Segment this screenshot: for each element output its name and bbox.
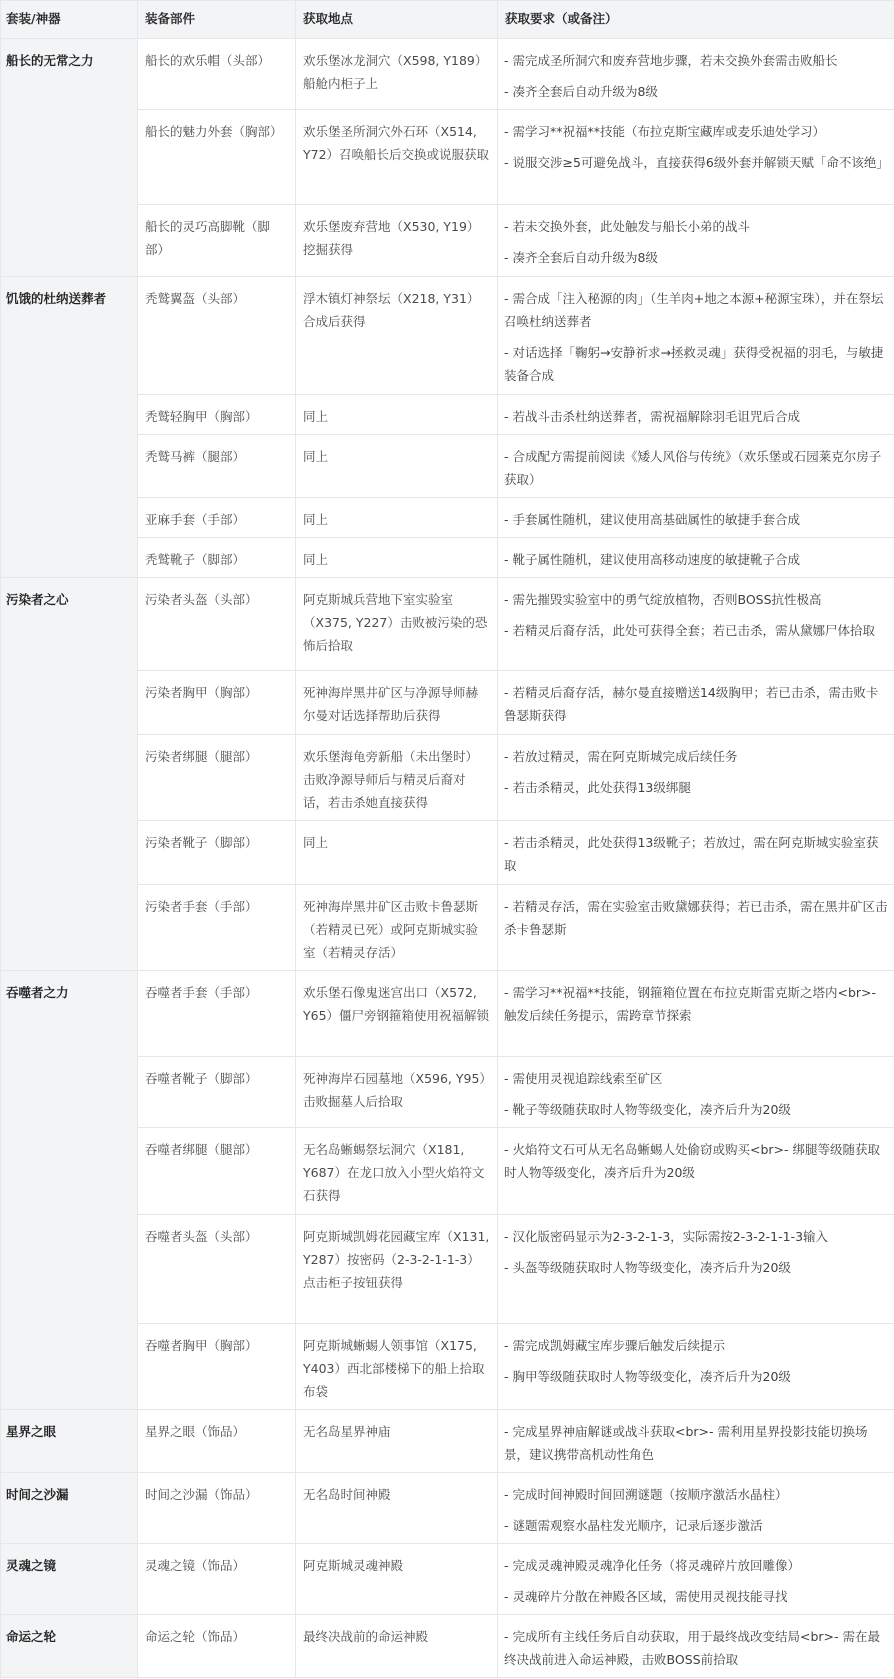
note-line: - 完成星界神庙解谜或战斗获取<br>- 需利用星界投影技能切换场景，建议携带高… (504, 1420, 890, 1466)
note-line: - 汉化版密码显示为2-3-2-1-3，实际需按2-3-2-1-1-3输入 (504, 1225, 890, 1248)
note-line: - 对话选择「鞠躬→安静祈求→拯救灵魂」获得受祝福的羽毛，与敏捷装备合成 (504, 341, 890, 387)
acquire-location: 欢乐堡废弃营地（X530, Y19）挖掘获得 (296, 205, 498, 277)
header-piece: 装备部件 (138, 1, 296, 39)
acquire-requirements: - 若放过精灵，需在阿克斯城完成后续任务- 若击杀精灵，此处获得13级绑腿 (498, 735, 894, 821)
equipment-piece: 亚麻手套（手部） (138, 498, 296, 538)
note-line: - 若未交换外套，此处触发与船长小弟的战斗 (504, 215, 890, 238)
equipment-piece: 秃鹫靴子（脚部） (138, 538, 296, 578)
equipment-piece: 污染者靴子（脚部） (138, 821, 296, 885)
acquire-requirements: - 火焰符文石可从无名岛蜥蜴人处偷窃或购买<br>- 绑腿等级随获取时人物等级变… (498, 1128, 894, 1215)
acquire-location: 无名岛时间神殿 (296, 1473, 498, 1544)
acquire-location: 无名岛星界神庙 (296, 1410, 498, 1473)
acquire-requirements: - 需学习**祝福**技能（布拉克斯宝藏库或麦乐迪处学习）- 说服交涉≥5可避免… (498, 110, 894, 205)
equipment-piece: 污染者绑腿（腿部） (138, 735, 296, 821)
equipment-piece: 污染者头盔（头部） (138, 578, 296, 671)
note-line: - 靴子属性随机，建议使用高移动速度的敏捷靴子合成 (504, 548, 890, 571)
acquire-requirements: - 若精灵存活，需在实验室击败黛娜获得；若已击杀，需在黑井矿区击杀卡鲁瑟斯 (498, 885, 894, 971)
acquire-requirements: - 合成配方需提前阅读《矮人风俗与传统》（欢乐堡或石园莱克尔房子获取） (498, 435, 894, 498)
acquire-location: 同上 (296, 498, 498, 538)
note-line: - 需先摧毁实验室中的勇气绽放植物，否则BOSS抗性极高 (504, 588, 890, 611)
acquire-location: 欢乐堡冰龙洞穴（X598, Y189）船舱内柜子上 (296, 39, 498, 110)
set-name: 命运之轮 (1, 1615, 138, 1678)
equipment-piece: 船长的欢乐帽（头部） (138, 39, 296, 110)
acquire-requirements: - 若精灵后裔存活，赫尔曼直接赠送14级胸甲；若已击杀，需击败卡鲁瑟斯获得 (498, 671, 894, 735)
table-row: 污染者之心污染者头盔（头部）阿克斯城兵营地下室实验室（X375, Y227）击败… (1, 578, 894, 671)
acquire-location: 死神海岸黑井矿区与净源导师赫尔曼对话选择帮助后获得 (296, 671, 498, 735)
set-name: 灵魂之镜 (1, 1544, 138, 1615)
equipment-piece: 船长的魅力外套（胸部） (138, 110, 296, 205)
equipment-piece: 污染者手套（手部） (138, 885, 296, 971)
note-line: - 若精灵存活，需在实验室击败黛娜获得；若已击杀，需在黑井矿区击杀卡鲁瑟斯 (504, 895, 890, 941)
note-line: - 凑齐全套后自动升级为8级 (504, 246, 890, 269)
acquire-requirements: - 需先摧毁实验室中的勇气绽放植物，否则BOSS抗性极高- 若精灵后裔存活，此处… (498, 578, 894, 671)
acquire-requirements: - 汉化版密码显示为2-3-2-1-3，实际需按2-3-2-1-1-3输入- 头… (498, 1215, 894, 1324)
note-line: - 需完成凯姆藏宝库步骤后触发后续提示 (504, 1334, 890, 1357)
acquire-requirements: - 需完成凯姆藏宝库步骤后触发后续提示- 胸甲等级随获取时人物等级变化，凑齐后升… (498, 1324, 894, 1410)
equipment-piece: 吞噬者胸甲（胸部） (138, 1324, 296, 1410)
equipment-table: 套装/神器 装备部件 获取地点 获取要求（或备注） 船长的无常之力船长的欢乐帽（… (0, 0, 894, 1678)
header-set: 套装/神器 (1, 1, 138, 39)
acquire-requirements: - 靴子属性随机，建议使用高移动速度的敏捷靴子合成 (498, 538, 894, 578)
acquire-location: 死神海岸石园墓地（X596, Y95）击败掘墓人后拾取 (296, 1057, 498, 1128)
note-line: - 完成所有主线任务后自动获取，用于最终战改变结局<br>- 需在最终决战前进入… (504, 1625, 890, 1671)
table-row: 灵魂之镜灵魂之镜（饰品）阿克斯城灵魂神殿- 完成灵魂神殿灵魂净化任务（将灵魂碎片… (1, 1544, 894, 1615)
table-row: 船长的无常之力船长的欢乐帽（头部）欢乐堡冰龙洞穴（X598, Y189）船舱内柜… (1, 39, 894, 110)
table-row: 饥饿的杜纳送葬者秃鹫翼盔（头部）浮木镇灯神祭坛（X218, Y31）合成后获得-… (1, 277, 894, 395)
table-row: 吞噬者之力吞噬者手套（手部）欢乐堡石像鬼迷宫出口（X572, Y65）僵尸旁钢箍… (1, 971, 894, 1057)
note-line: - 火焰符文石可从无名岛蜥蜴人处偷窃或购买<br>- 绑腿等级随获取时人物等级变… (504, 1138, 890, 1184)
acquire-requirements: - 完成灵魂神殿灵魂净化任务（将灵魂碎片放回雕像）- 灵魂碎片分散在神殿各区域，… (498, 1544, 894, 1615)
set-name: 船长的无常之力 (1, 39, 138, 277)
acquire-location: 阿克斯城凯姆花园藏宝库（X131, Y287）按密码（2-3-2-1-1-3）点… (296, 1215, 498, 1324)
note-line: - 完成时间神殿时间回溯谜题（按顺序激活水晶柱） (504, 1483, 890, 1506)
header-requirements: 获取要求（或备注） (498, 1, 894, 39)
acquire-requirements: - 需学习**祝福**技能，钢箍箱位置在布拉克斯雷克斯之塔内<br>- 触发后续… (498, 971, 894, 1057)
equipment-piece: 秃鹫马裤（腿部） (138, 435, 296, 498)
equipment-piece: 吞噬者头盔（头部） (138, 1215, 296, 1324)
note-line: - 完成灵魂神殿灵魂净化任务（将灵魂碎片放回雕像） (504, 1554, 890, 1577)
acquire-location: 欢乐堡海龟旁新船（未出堡时）击败净源导师后与精灵后裔对话，若击杀她直接获得 (296, 735, 498, 821)
note-line: - 需合成「注入秘源的肉」（生羊肉+地之本源+秘源宝珠），并在祭坛召唤杜纳送葬者 (504, 287, 890, 333)
acquire-requirements: - 完成所有主线任务后自动获取，用于最终战改变结局<br>- 需在最终决战前进入… (498, 1615, 894, 1678)
set-name: 吞噬者之力 (1, 971, 138, 1410)
equipment-piece: 吞噬者靴子（脚部） (138, 1057, 296, 1128)
note-line: - 若放过精灵，需在阿克斯城完成后续任务 (504, 745, 890, 768)
acquire-location: 同上 (296, 538, 498, 578)
equipment-piece: 吞噬者手套（手部） (138, 971, 296, 1057)
acquire-location: 同上 (296, 395, 498, 435)
note-line: - 谜题需观察水晶柱发光顺序，记录后逐步激活 (504, 1514, 890, 1537)
note-line: - 若击杀精灵，此处获得13级靴子；若放过，需在阿克斯城实验室获取 (504, 831, 890, 877)
note-line: - 需学习**祝福**技能（布拉克斯宝藏库或麦乐迪处学习） (504, 120, 890, 143)
note-line: - 若精灵后裔存活，此处可获得全套；若已击杀，需从黛娜尸体拾取 (504, 619, 890, 642)
set-name: 污染者之心 (1, 578, 138, 971)
acquire-requirements: - 需合成「注入秘源的肉」（生羊肉+地之本源+秘源宝珠），并在祭坛召唤杜纳送葬者… (498, 277, 894, 395)
acquire-requirements: - 若未交换外套，此处触发与船长小弟的战斗- 凑齐全套后自动升级为8级 (498, 205, 894, 277)
equipment-piece: 船长的灵巧高脚靴（脚部） (138, 205, 296, 277)
note-line: - 合成配方需提前阅读《矮人风俗与传统》（欢乐堡或石园莱克尔房子获取） (504, 445, 890, 491)
acquire-location: 欢乐堡石像鬼迷宫出口（X572, Y65）僵尸旁钢箍箱使用祝福解锁 (296, 971, 498, 1057)
note-line: - 若击杀精灵，此处获得13级绑腿 (504, 776, 890, 799)
table-row: 星界之眼星界之眼（饰品）无名岛星界神庙- 完成星界神庙解谜或战斗获取<br>- … (1, 1410, 894, 1473)
set-name: 饥饿的杜纳送葬者 (1, 277, 138, 578)
equipment-piece: 星界之眼（饰品） (138, 1410, 296, 1473)
acquire-location: 欢乐堡圣所洞穴外石环（X514, Y72）召唤船长后交换或说服获取 (296, 110, 498, 205)
acquire-location: 阿克斯城兵营地下室实验室（X375, Y227）击败被污染的恐怖后拾取 (296, 578, 498, 671)
note-line: - 靴子等级随获取时人物等级变化，凑齐后升为20级 (504, 1098, 890, 1121)
table-body: 船长的无常之力船长的欢乐帽（头部）欢乐堡冰龙洞穴（X598, Y189）船舱内柜… (1, 39, 894, 1678)
acquire-requirements: - 完成星界神庙解谜或战斗获取<br>- 需利用星界投影技能切换场景，建议携带高… (498, 1410, 894, 1473)
note-line: - 需完成圣所洞穴和废弃营地步骤，若未交换外套需击败船长 (504, 49, 890, 72)
acquire-location: 同上 (296, 435, 498, 498)
note-line: - 手套属性随机，建议使用高基础属性的敏捷手套合成 (504, 508, 890, 531)
acquire-location: 阿克斯城灵魂神殿 (296, 1544, 498, 1615)
acquire-location: 阿克斯城蜥蜴人领事馆（X175, Y403）西北部楼梯下的船上拾取布袋 (296, 1324, 498, 1410)
equipment-piece: 污染者胸甲（胸部） (138, 671, 296, 735)
acquire-location: 无名岛蜥蜴祭坛洞穴（X181, Y687）在龙口放入小型火焰符文石获得 (296, 1128, 498, 1215)
acquire-requirements: - 手套属性随机，建议使用高基础属性的敏捷手套合成 (498, 498, 894, 538)
acquire-requirements: - 需完成圣所洞穴和废弃营地步骤，若未交换外套需击败船长- 凑齐全套后自动升级为… (498, 39, 894, 110)
equipment-piece: 灵魂之镜（饰品） (138, 1544, 296, 1615)
equipment-piece: 吞噬者绑腿（腿部） (138, 1128, 296, 1215)
header-location: 获取地点 (296, 1, 498, 39)
table-row: 命运之轮命运之轮（饰品）最终决战前的命运神殿- 完成所有主线任务后自动获取，用于… (1, 1615, 894, 1678)
equipment-piece: 秃鹫翼盔（头部） (138, 277, 296, 395)
note-line: - 若战斗击杀杜纳送葬者，需祝福解除羽毛诅咒后合成 (504, 405, 890, 428)
acquire-location: 同上 (296, 821, 498, 885)
note-line: - 胸甲等级随获取时人物等级变化，凑齐后升为20级 (504, 1365, 890, 1388)
note-line: - 若精灵后裔存活，赫尔曼直接赠送14级胸甲；若已击杀，需击败卡鲁瑟斯获得 (504, 681, 890, 727)
acquire-requirements: - 完成时间神殿时间回溯谜题（按顺序激活水晶柱）- 谜题需观察水晶柱发光顺序，记… (498, 1473, 894, 1544)
equipment-piece: 命运之轮（饰品） (138, 1615, 296, 1678)
acquire-requirements: - 需使用灵视追踪线索至矿区- 靴子等级随获取时人物等级变化，凑齐后升为20级 (498, 1057, 894, 1128)
table-row: 时间之沙漏时间之沙漏（饰品）无名岛时间神殿- 完成时间神殿时间回溯谜题（按顺序激… (1, 1473, 894, 1544)
equipment-piece: 秃鹫轻胸甲（胸部） (138, 395, 296, 435)
note-line: - 灵魂碎片分散在神殿各区域，需使用灵视技能寻找 (504, 1585, 890, 1608)
acquire-requirements: - 若战斗击杀杜纳送葬者，需祝福解除羽毛诅咒后合成 (498, 395, 894, 435)
note-line: - 头盔等级随获取时人物等级变化，凑齐后升为20级 (504, 1256, 890, 1279)
acquire-location: 死神海岸黑井矿区击败卡鲁瑟斯（若精灵已死）或阿克斯城实验室（若精灵存活） (296, 885, 498, 971)
note-line: - 说服交涉≥5可避免战斗，直接获得6级外套并解锁天赋「命不该绝」 (504, 151, 890, 174)
acquire-location: 浮木镇灯神祭坛（X218, Y31）合成后获得 (296, 277, 498, 395)
note-line: - 凑齐全套后自动升级为8级 (504, 80, 890, 103)
note-line: - 需学习**祝福**技能，钢箍箱位置在布拉克斯雷克斯之塔内<br>- 触发后续… (504, 981, 890, 1027)
set-name: 时间之沙漏 (1, 1473, 138, 1544)
acquire-location: 最终决战前的命运神殿 (296, 1615, 498, 1678)
table-header-row: 套装/神器 装备部件 获取地点 获取要求（或备注） (1, 1, 894, 39)
note-line: - 需使用灵视追踪线索至矿区 (504, 1067, 890, 1090)
equipment-piece: 时间之沙漏（饰品） (138, 1473, 296, 1544)
set-name: 星界之眼 (1, 1410, 138, 1473)
acquire-requirements: - 若击杀精灵，此处获得13级靴子；若放过，需在阿克斯城实验室获取 (498, 821, 894, 885)
